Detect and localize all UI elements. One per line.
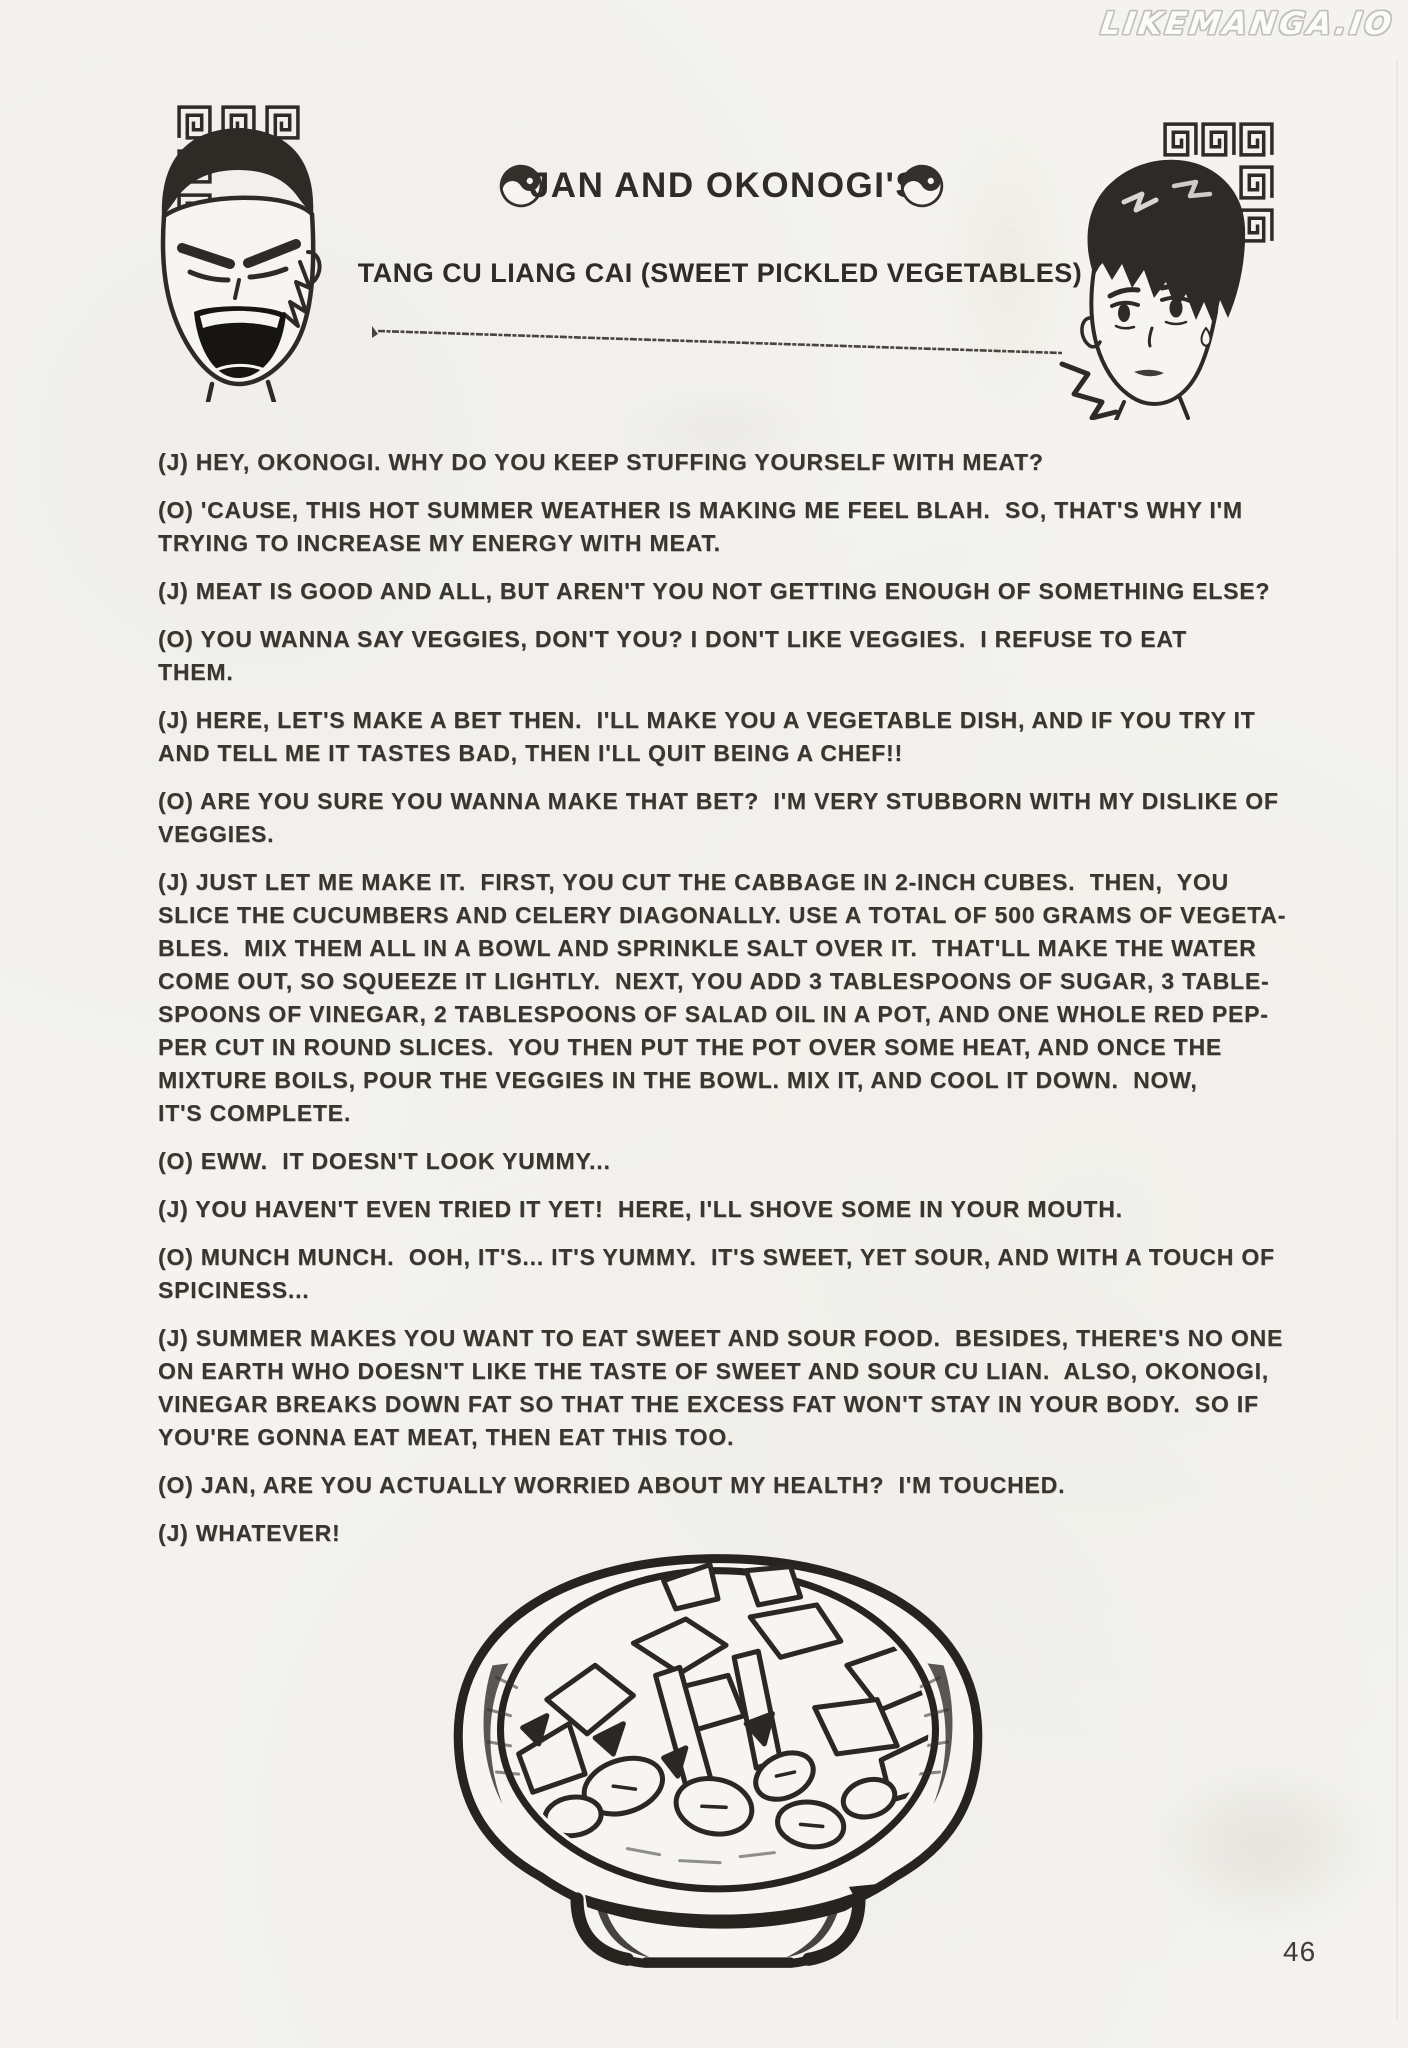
dialogue-paragraph: (J) HERE, LET'S MAKE A BET THEN. I'LL MA… xyxy=(158,704,1318,770)
page-number: 46 xyxy=(1283,1936,1316,1968)
dialogue-text-block: (J) HEY, OKONOGI. WHY DO YOU KEEP STUFFI… xyxy=(158,446,1318,1565)
site-watermark: LIKEMANGA.IO xyxy=(1099,6,1397,42)
dialogue-paragraph: (J) SUMMER MAKES YOU WANT TO EAT SWEET A… xyxy=(158,1322,1318,1454)
page-title: JAN AND OKONOGI'S xyxy=(310,166,1140,206)
manga-page: { "page": { "watermark": "LIKEMANGA.IO",… xyxy=(0,0,1408,2048)
dialogue-paragraph: (O) MUNCH MUNCH. OOH, IT'S... IT'S YUMMY… xyxy=(158,1241,1318,1307)
okonogi-worried-face-illustration xyxy=(1058,150,1253,420)
dialogue-paragraph: (J) MEAT IS GOOD AND ALL, BUT AREN'T YOU… xyxy=(158,575,1318,608)
dialogue-paragraph: (J) JUST LET ME MAKE IT. FIRST, YOU CUT … xyxy=(158,866,1318,1130)
yin-yang-icon xyxy=(898,162,946,210)
header-divider-line xyxy=(368,320,1068,360)
page-showthrough-smudge xyxy=(1150,1760,1380,1930)
dialogue-paragraph: (J) HEY, OKONOGI. WHY DO YOU KEEP STUFFI… xyxy=(158,446,1318,479)
dialogue-paragraph: (O) EWW. IT DOESN'T LOOK YUMMY... xyxy=(158,1145,1318,1178)
dialogue-paragraph: (O) 'CAUSE, THIS HOT SUMMER WEATHER IS M… xyxy=(158,494,1318,560)
pickled-vegetables-bowl-illustration xyxy=(426,1546,1010,1980)
dialogue-paragraph: (O) ARE YOU SURE YOU WANNA MAKE THAT BET… xyxy=(158,785,1318,851)
dialogue-paragraph: (O) JAN, ARE YOU ACTUALLY WORRIED ABOUT … xyxy=(158,1469,1318,1502)
dialogue-paragraph: (J) YOU HAVEN'T EVEN TRIED IT YET! HERE,… xyxy=(158,1193,1318,1226)
dialogue-paragraph: (O) YOU WANNA SAY VEGGIES, DON'T YOU? I … xyxy=(158,623,1318,689)
scan-edge-line xyxy=(1396,60,1398,2020)
jan-angry-face-illustration xyxy=(140,112,335,402)
